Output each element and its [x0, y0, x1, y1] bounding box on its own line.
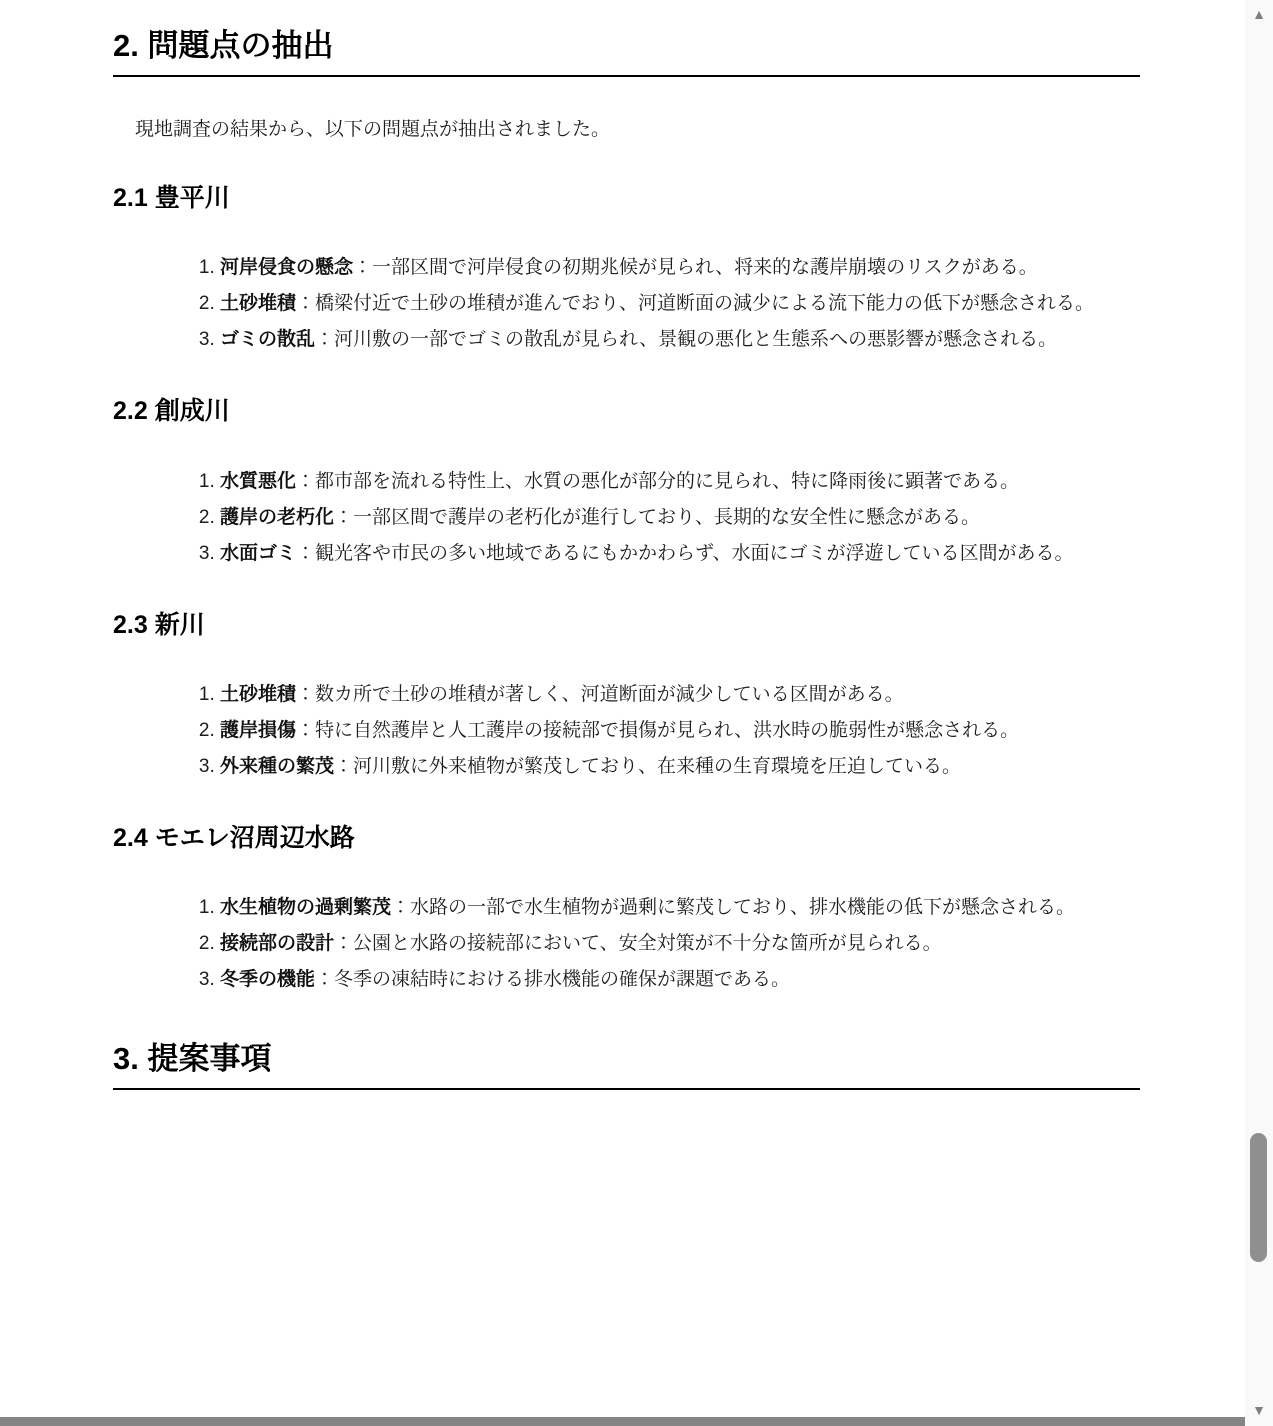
issue-term: ゴミの散乱 [220, 329, 315, 350]
issue-term: 土砂堆積 [220, 684, 296, 705]
vertical-scrollbar-thumb[interactable] [1250, 1133, 1267, 1262]
section-2-heading: 2. 問題点の抽出 [113, 27, 1140, 77]
section-3-heading: 3. 提案事項 [113, 1040, 1140, 1090]
issue-description: ：水路の一部で水生植物が過剰に繁茂しており、排水機能の低下が懸念される。 [391, 897, 1075, 918]
issue-term: 接続部の設計 [220, 933, 334, 954]
issue-description: ：数カ所で土砂の堆積が著しく、河道断面が減少している区間がある。 [296, 684, 904, 705]
issue-description: ：一部区間で護岸の老朽化が進行しており、長期的な安全性に懸念がある。 [334, 507, 980, 528]
vertical-scrollbar[interactable]: ▲ ▼ [1245, 0, 1273, 1426]
issue-item: 外来種の繁茂：河川敷に外来植物が繁茂しており、在来種の生育環境を圧迫している。 [220, 749, 1140, 785]
intro-paragraph: 現地調査の結果から、以下の問題点が抽出されました。 [113, 115, 1140, 145]
issue-term: 護岸損傷 [220, 720, 296, 741]
issue-item: 護岸損傷：特に自然護岸と人工護岸の接続部で損傷が見られ、洪水時の脆弱性が懸念され… [220, 713, 1140, 749]
subsection: 2.1 豊平川河岸侵食の懸念：一部区間で河岸侵食の初期兆候が見られ、将来的な護岸… [113, 183, 1140, 358]
subsection-heading: 2.3 新川 [113, 610, 1140, 641]
issue-item: 土砂堆積：橋梁付近で土砂の堆積が進んでおり、河道断面の減少による流下能力の低下が… [220, 286, 1140, 322]
subsection-heading: 2.1 豊平川 [113, 183, 1140, 214]
issue-description: ：冬季の凍結時における排水機能の確保が課題である。 [315, 969, 790, 990]
subsections-container: 2.1 豊平川河岸侵食の懸念：一部区間で河岸侵食の初期兆候が見られ、将来的な護岸… [113, 183, 1140, 998]
issue-list: 水生植物の過剰繁茂：水路の一部で水生植物が過剰に繁茂しており、排水機能の低下が懸… [113, 890, 1140, 998]
horizontal-scrollbar[interactable] [0, 1417, 1245, 1426]
issue-term: 河岸侵食の懸念 [220, 257, 353, 278]
subsection: 2.4 モエレ沼周辺水路水生植物の過剰繁茂：水路の一部で水生植物が過剰に繁茂して… [113, 823, 1140, 998]
issue-term: 土砂堆積 [220, 293, 296, 314]
issue-term: 水面ゴミ [220, 543, 296, 564]
issue-description: ：一部区間で河岸侵食の初期兆候が見られ、将来的な護岸崩壊のリスクがある。 [353, 257, 1038, 278]
issue-description: ：河川敷に外来植物が繁茂しており、在来種の生育環境を圧迫している。 [334, 756, 961, 777]
issue-term: 水質悪化 [220, 471, 296, 492]
subsection-heading: 2.2 創成川 [113, 396, 1140, 427]
subsection: 2.3 新川土砂堆積：数カ所で土砂の堆積が著しく、河道断面が減少している区間があ… [113, 610, 1140, 785]
issue-term: 冬季の機能 [220, 969, 315, 990]
issue-item: ゴミの散乱：河川敷の一部でゴミの散乱が見られ、景観の悪化と生態系への悪影響が懸念… [220, 322, 1140, 358]
issue-term: 水生植物の過剰繁茂 [220, 897, 391, 918]
issue-item: 土砂堆積：数カ所で土砂の堆積が著しく、河道断面が減少している区間がある。 [220, 677, 1140, 713]
issue-term: 護岸の老朽化 [220, 507, 334, 528]
scroll-down-icon[interactable]: ▼ [1245, 1403, 1273, 1417]
issue-description: ：橋梁付近で土砂の堆積が進んでおり、河道断面の減少による流下能力の低下が懸念され… [296, 293, 1094, 314]
horizontal-scrollbar-thumb[interactable] [0, 1417, 1245, 1426]
issue-item: 水質悪化：都市部を流れる特性上、水質の悪化が部分的に見られ、特に降雨後に顕著であ… [220, 464, 1140, 500]
issue-term: 外来種の繁茂 [220, 756, 334, 777]
issue-list: 土砂堆積：数カ所で土砂の堆積が著しく、河道断面が減少している区間がある。護岸損傷… [113, 677, 1140, 785]
subsection-heading: 2.4 モエレ沼周辺水路 [113, 823, 1140, 854]
issue-description: ：都市部を流れる特性上、水質の悪化が部分的に見られ、特に降雨後に顕著である。 [296, 471, 1019, 492]
issue-description: ：公園と水路の接続部において、安全対策が不十分な箇所が見られる。 [334, 933, 942, 954]
scroll-up-icon[interactable]: ▲ [1245, 7, 1273, 21]
issue-item: 接続部の設計：公園と水路の接続部において、安全対策が不十分な箇所が見られる。 [220, 926, 1140, 962]
issue-item: 水生植物の過剰繁茂：水路の一部で水生植物が過剰に繁茂しており、排水機能の低下が懸… [220, 890, 1140, 926]
issue-list: 水質悪化：都市部を流れる特性上、水質の悪化が部分的に見られ、特に降雨後に顕著であ… [113, 464, 1140, 572]
issue-item: 護岸の老朽化：一部区間で護岸の老朽化が進行しており、長期的な安全性に懸念がある。 [220, 500, 1140, 536]
issue-description: ：河川敷の一部でゴミの散乱が見られ、景観の悪化と生態系への悪影響が懸念される。 [315, 329, 1057, 350]
document-body: 2. 問題点の抽出 現地調査の結果から、以下の問題点が抽出されました。 2.1 … [113, 0, 1140, 1090]
issue-item: 冬季の機能：冬季の凍結時における排水機能の確保が課題である。 [220, 962, 1140, 998]
issue-list: 河岸侵食の懸念：一部区間で河岸侵食の初期兆候が見られ、将来的な護岸崩壊のリスクが… [113, 250, 1140, 358]
issue-description: ：特に自然護岸と人工護岸の接続部で損傷が見られ、洪水時の脆弱性が懸念される。 [296, 720, 1019, 741]
issue-description: ：観光客や市民の多い地域であるにもかかわらず、水面にゴミが浮遊している区間がある… [296, 543, 1073, 564]
issue-item: 河岸侵食の懸念：一部区間で河岸侵食の初期兆候が見られ、将来的な護岸崩壊のリスクが… [220, 250, 1140, 286]
issue-item: 水面ゴミ：観光客や市民の多い地域であるにもかかわらず、水面にゴミが浮遊している区… [220, 536, 1140, 572]
subsection: 2.2 創成川水質悪化：都市部を流れる特性上、水質の悪化が部分的に見られ、特に降… [113, 396, 1140, 571]
